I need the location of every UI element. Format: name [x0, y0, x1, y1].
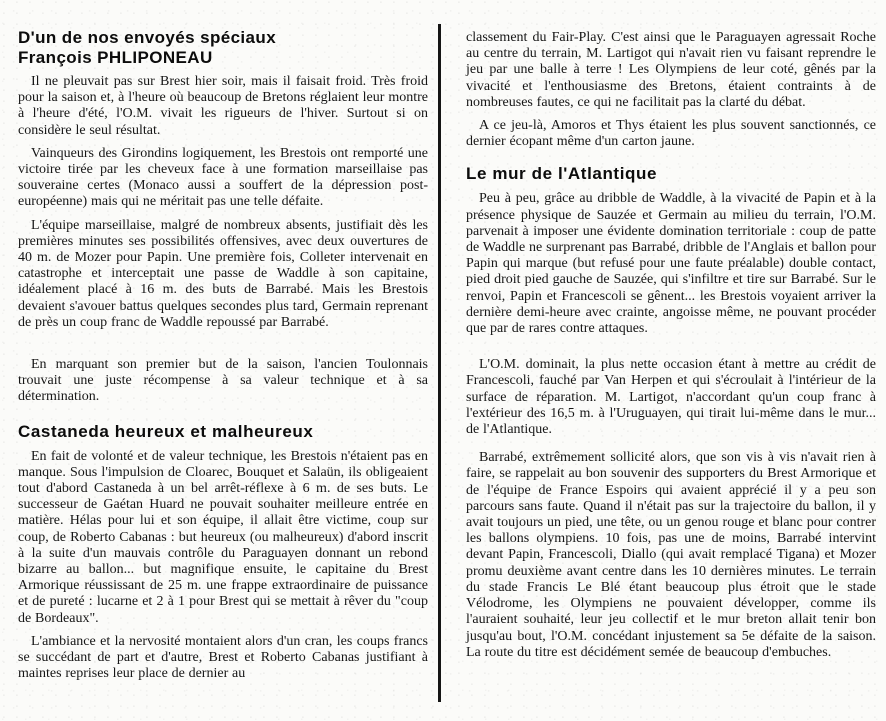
paragraph-ambiance: L'ambiance et la nervosité montaient alo…: [18, 634, 428, 683]
paragraph-sanctions: A ce jeu-là, Amoros et Thys étaient les …: [466, 118, 876, 150]
paragraph-castaneda: En fait de volonté et de valeur techniqu…: [18, 449, 428, 627]
paragraph-victory: Vainqueurs des Girondins logiquement, le…: [18, 146, 428, 211]
paragraph-fairplay-continuation: classement du Fair-Play. C'est ainsi que…: [466, 30, 876, 111]
byline-line-2: François PHLIPONEAU: [18, 48, 428, 68]
newspaper-article-page: D'un de nos envoyés spéciaux François PH…: [0, 0, 886, 721]
section-heading-atlantique: Le mur de l'Atlantique: [466, 164, 876, 184]
column-divider-rule: [438, 24, 441, 702]
paragraph-first-goal: En marquant son premier but de la saison…: [18, 357, 428, 406]
left-column: D'un de nos envoyés spéciaux François PH…: [18, 28, 428, 683]
byline: D'un de nos envoyés spéciaux François PH…: [18, 28, 428, 67]
paragraph-weather-intro: Il ne pleuvait pas sur Brest hier soir, …: [18, 74, 428, 139]
paragraph-om-domination: Peu à peu, grâce au dribble de Waddle, à…: [466, 191, 876, 337]
section-heading-castaneda: Castaneda heureux et malheureux: [18, 422, 428, 442]
paragraph-francescoli-foul: L'O.M. dominait, la plus nette occasion …: [466, 357, 876, 438]
byline-line-1: D'un de nos envoyés spéciaux: [18, 28, 428, 48]
paragraph-barrabe-saves: Barrabé, extrêmement sollicité alors, qu…: [466, 450, 876, 661]
paragraph-om-offense: L'équipe marseillaise, malgré de nombreu…: [18, 218, 428, 331]
right-column: classement du Fair-Play. C'est ainsi que…: [466, 30, 876, 661]
